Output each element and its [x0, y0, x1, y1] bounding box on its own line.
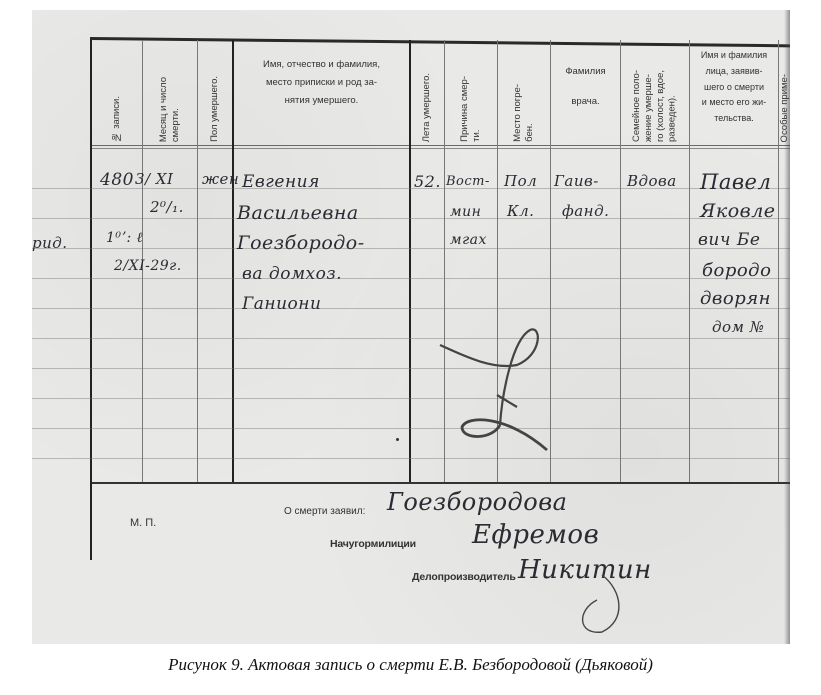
header-cause: Причина смер- ти. — [445, 42, 497, 142]
cause-line: мгах — [450, 232, 487, 248]
figure-caption: Рисунок 9. Актовая запись о смерти Е.В. … — [0, 655, 821, 675]
declarant-line: Павел — [700, 170, 771, 194]
header-marital: Семейное поло- жение умерше- го (холост,… — [621, 42, 689, 142]
declarant-line: Яковле — [700, 200, 776, 222]
row-rule — [32, 308, 790, 309]
row-rule — [32, 278, 790, 279]
scanned-document: № записи. Месяц и число смерти. Пол умер… — [32, 10, 790, 644]
strike-mark-icon — [432, 315, 552, 455]
name-line: Гоезбородо- — [237, 232, 365, 254]
declarant-line: дворян — [700, 288, 771, 309]
header-burial: Место погре- бен. — [498, 42, 550, 142]
cause-line: мин — [450, 204, 481, 220]
row-rule — [32, 428, 790, 429]
header-declarant: Имя и фамилия лица, заявив- шего о смерт… — [690, 42, 778, 148]
date-line: 2/XI-29г. — [114, 258, 182, 274]
name-line: ва домхоз. — [242, 264, 342, 284]
header-doctor: Фамилия врача. — [551, 42, 620, 164]
header-date: Месяц и число смерти. — [143, 42, 197, 142]
signature-flourish-icon — [572, 570, 632, 640]
record-number: 480 — [100, 170, 134, 190]
marital-value: Вдова — [627, 172, 677, 190]
sex-value: жен — [202, 170, 239, 188]
row-rule — [32, 218, 790, 219]
row-rule — [32, 248, 790, 249]
row-rule — [32, 368, 790, 369]
row-rule — [32, 458, 790, 459]
declarant-line: дом № — [712, 318, 764, 336]
header-age: Лета умершего. — [410, 42, 444, 142]
footer-rule — [92, 482, 790, 484]
row-rule — [32, 398, 790, 399]
age-value: 52. — [414, 172, 441, 191]
police-label: Начугормилиции — [330, 538, 416, 550]
police-signature: Ефремов — [472, 520, 599, 550]
date-line: 1⁰ʼ: ℓ — [106, 230, 143, 247]
name-line: Васильевна — [237, 202, 359, 224]
header-notes: Особые приме- — [779, 42, 790, 142]
cause-line: Вост- — [446, 174, 490, 189]
burial-line: Кл. — [507, 202, 534, 220]
declared-signature: Гоезбородова — [387, 488, 567, 516]
clerk-label: Делопроизводитель — [412, 571, 516, 583]
name-line: Евгения — [242, 172, 320, 192]
doctor-line: Гаив- — [554, 172, 599, 190]
margin-note: рид. — [32, 234, 68, 252]
header-record-no: № записи. — [91, 42, 142, 142]
declared-label: О смерти заявил: — [284, 506, 365, 517]
stamp-label: М. П. — [130, 517, 156, 529]
header-sex: Пол умершего. — [198, 42, 232, 142]
date-line: 2⁰/₁. — [150, 198, 184, 216]
dot-mark — [396, 438, 399, 441]
declarant-line: бородо — [702, 260, 771, 281]
burial-line: Пол — [504, 172, 537, 190]
name-line: Ганиони — [242, 294, 321, 314]
declarant-line: вич Бе — [698, 230, 760, 250]
row-rule — [32, 338, 790, 339]
header-name: Имя, отчество и фамилия, место приписки … — [234, 42, 409, 156]
doctor-line: фанд. — [562, 202, 609, 220]
date-line: 3/ XI — [135, 170, 173, 188]
